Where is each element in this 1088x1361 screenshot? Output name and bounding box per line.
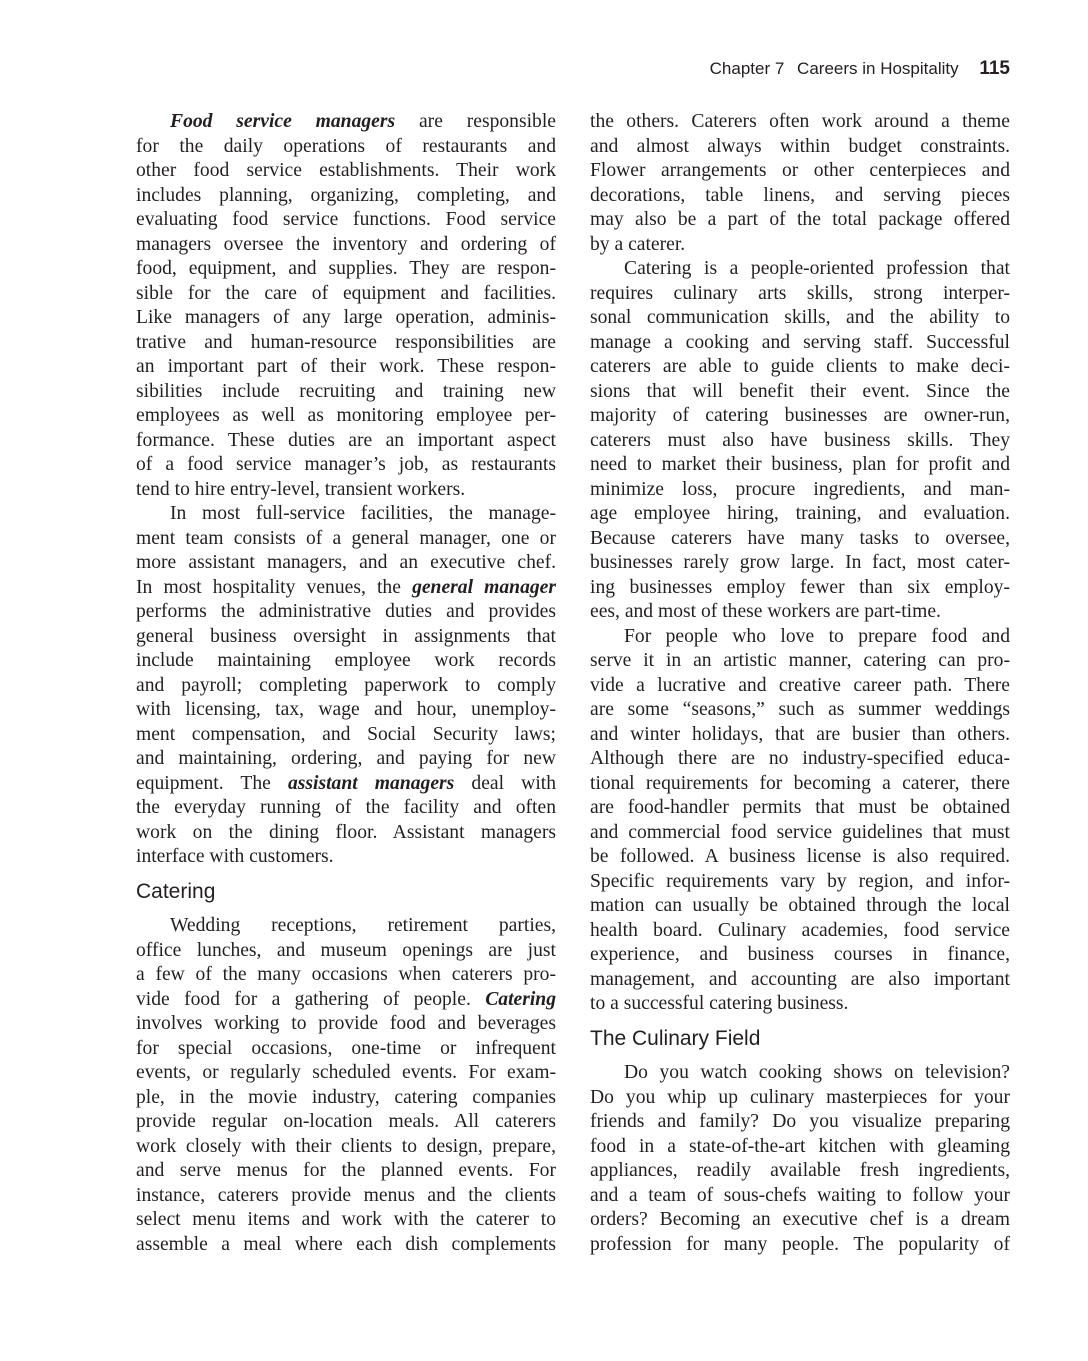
text-line: for the daily operations of restaurants …	[136, 135, 556, 160]
paragraph-catering-career: For people who love to prepare food and …	[590, 625, 1010, 1017]
text-line: need to market their business, plan for …	[590, 453, 1010, 478]
text-line: general business oversight in assignment…	[136, 625, 556, 650]
text-line: equipment. The assistant managers deal w…	[136, 772, 556, 797]
text-line: the others. Caterers often work around a…	[590, 110, 1010, 135]
text-line: decorations, table linens, and serving p…	[590, 184, 1010, 209]
text-line: interface with customers.	[136, 845, 556, 870]
text-line: vide food for a gathering of people. Cat…	[136, 988, 556, 1013]
text-line: profession for many people. The populari…	[590, 1233, 1010, 1258]
term-assistant-managers: assistant managers	[288, 773, 454, 794]
text-line: instance, caterers provide menus and the…	[136, 1184, 556, 1209]
text-line: friends and family? Do you visualize pre…	[590, 1110, 1010, 1135]
left-column: Food service managers are responsible fo…	[136, 110, 556, 1257]
text-line: orders? Becoming an executive chef is a …	[590, 1208, 1010, 1233]
text-line: mation can usually be obtained through t…	[590, 894, 1010, 919]
text-line: sions that will benefit their event. Sin…	[590, 380, 1010, 405]
text-line: serve it in an artistic manner, catering…	[590, 649, 1010, 674]
text-line: and winter holidays, that are busier tha…	[590, 723, 1010, 748]
text-line: ees, and most of these workers are part-…	[590, 600, 1010, 625]
text-line: a few of the many occasions when caterer…	[136, 963, 556, 988]
text-line: include maintaining employee work record…	[136, 649, 556, 674]
paragraph-culinary-intro: Do you watch cooking shows on television…	[590, 1061, 1010, 1257]
text-line: includes planning, organizing, completin…	[136, 184, 556, 209]
text-line: Like managers of any large operation, ad…	[136, 306, 556, 331]
text-line: for special occasions, one-time or infre…	[136, 1037, 556, 1062]
text-line: are some “seasons,” such as summer weddi…	[590, 698, 1010, 723]
term-catering: Catering	[485, 989, 556, 1010]
text-line: tend to hire entry-level, transient work…	[136, 478, 556, 503]
text-line: Flower arrangements or other centerpiece…	[590, 159, 1010, 184]
text-line: work closely with their clients to desig…	[136, 1135, 556, 1160]
text-line: businesses rarely grow large. In fact, m…	[590, 551, 1010, 576]
text-line: sonal communication skills, and the abil…	[590, 306, 1010, 331]
text-line: of a food service manager’s job, as rest…	[136, 453, 556, 478]
text-line: select menu items and work with the cate…	[136, 1208, 556, 1233]
paragraph-catering-skills: Catering is a people-oriented profession…	[590, 257, 1010, 625]
text-line: health board. Culinary academies, food s…	[590, 919, 1010, 944]
text-line: food in a state-of-the-art kitchen with …	[590, 1135, 1010, 1160]
paragraph-catering-continued: the others. Caterers often work around a…	[590, 110, 1010, 257]
text-line: In most full-service facilities, the man…	[136, 502, 556, 527]
text-line: by a caterer.	[590, 233, 1010, 258]
text-line: sible for the care of equipment and faci…	[136, 282, 556, 307]
text-line: are food-handler permits that must be ob…	[590, 796, 1010, 821]
text-line: food, equipment, and supplies. They are …	[136, 257, 556, 282]
text-line: an important part of their work. These r…	[136, 355, 556, 380]
text-line: employees as well as monitoring employee…	[136, 404, 556, 429]
text-line: formance. These duties are an important …	[136, 429, 556, 454]
text-line: Because caterers have many tasks to over…	[590, 527, 1010, 552]
text-line: ple, in the movie industry, catering com…	[136, 1086, 556, 1111]
text-line: Food service managers are responsible	[136, 110, 556, 135]
page-number: 115	[979, 58, 1010, 79]
text-line: For people who love to prepare food and	[590, 625, 1010, 650]
text-line: ment team consists of a general manager,…	[136, 527, 556, 552]
paragraph-management-team: In most full-service facilities, the man…	[136, 502, 556, 870]
right-column: the others. Caterers often work around a…	[590, 110, 1010, 1257]
text-line: Wedding receptions, retirement parties,	[136, 914, 556, 939]
chapter-label: Chapter 7	[710, 59, 785, 78]
text-line: ment compensation, and Social Security l…	[136, 723, 556, 748]
text-line: office lunches, and museum openings are …	[136, 939, 556, 964]
text-line: performs the administrative duties and p…	[136, 600, 556, 625]
term-food-service-managers: Food service managers	[170, 111, 395, 132]
text-line: and serve menus for the planned events. …	[136, 1159, 556, 1184]
running-header: Chapter 7 Careers in Hospitality 115	[710, 58, 1010, 80]
text-line: events, or regularly scheduled events. F…	[136, 1061, 556, 1086]
text-line: experience, and business courses in fina…	[590, 943, 1010, 968]
text-line: evaluating food service functions. Food …	[136, 208, 556, 233]
text-line: management, and accounting are also impo…	[590, 968, 1010, 993]
text-line: with licensing, tax, wage and hour, unem…	[136, 698, 556, 723]
text-line: work on the dining floor. Assistant mana…	[136, 821, 556, 846]
paragraph-catering-intro: Wedding receptions, retirement parties, …	[136, 914, 556, 1257]
section-heading-culinary-field: The Culinary Field	[590, 1027, 1010, 1052]
text-line: requires culinary arts skills, strong in…	[590, 282, 1010, 307]
term-general-manager: general manager	[412, 577, 556, 598]
text-line: more assistant managers, and an executiv…	[136, 551, 556, 576]
text-line: majority of catering businesses are owne…	[590, 404, 1010, 429]
chapter-title: Careers in Hospitality	[797, 59, 959, 78]
text-line: Catering is a people-oriented profession…	[590, 257, 1010, 282]
text-line: tional requirements for becoming a cater…	[590, 772, 1010, 797]
text-line: be followed. A business license is also …	[590, 845, 1010, 870]
text-line: the everyday running of the facility and…	[136, 796, 556, 821]
text-line: Although there are no industry-specified…	[590, 747, 1010, 772]
text-line: and a team of sous-chefs waiting to foll…	[590, 1184, 1010, 1209]
text-line: caterers are able to guide clients to ma…	[590, 355, 1010, 380]
text-line: age employee hiring, training, and evalu…	[590, 502, 1010, 527]
text-line: minimize loss, procure ingredients, and …	[590, 478, 1010, 503]
text-line: manage a cooking and serving staff. Succ…	[590, 331, 1010, 356]
text-line: Specific requirements vary by region, an…	[590, 870, 1010, 895]
text-line: assemble a meal where each dish compleme…	[136, 1233, 556, 1258]
text-line: provide regular on-location meals. All c…	[136, 1110, 556, 1135]
text-line: and commercial food service guidelines t…	[590, 821, 1010, 846]
text-line: Do you whip up culinary masterpieces for…	[590, 1086, 1010, 1111]
text-line: sibilities include recruiting and traini…	[136, 380, 556, 405]
paragraph-food-service-managers: Food service managers are responsible fo…	[136, 110, 556, 502]
text-line: caterers must also have business skills.…	[590, 429, 1010, 454]
text-line: to a successful catering business.	[590, 992, 1010, 1017]
text-line: trative and human-resource responsibilit…	[136, 331, 556, 356]
section-heading-catering: Catering	[136, 880, 556, 905]
text-line: managers oversee the inventory and order…	[136, 233, 556, 258]
text-line: ing businesses employ fewer than six emp…	[590, 576, 1010, 601]
text-line: other food service establishments. Their…	[136, 159, 556, 184]
text-line: and maintaining, ordering, and paying fo…	[136, 747, 556, 772]
text-line: Do you watch cooking shows on television…	[590, 1061, 1010, 1086]
text-line: vide a lucrative and creative career pat…	[590, 674, 1010, 699]
text-line: In most hospitality venues, the general …	[136, 576, 556, 601]
text-line: involves working to provide food and bev…	[136, 1012, 556, 1037]
text-line: appliances, readily available fresh ingr…	[590, 1159, 1010, 1184]
text-line: may also be a part of the total package …	[590, 208, 1010, 233]
text-line: and almost always within budget constrai…	[590, 135, 1010, 160]
text-line: and payroll; completing paperwork to com…	[136, 674, 556, 699]
